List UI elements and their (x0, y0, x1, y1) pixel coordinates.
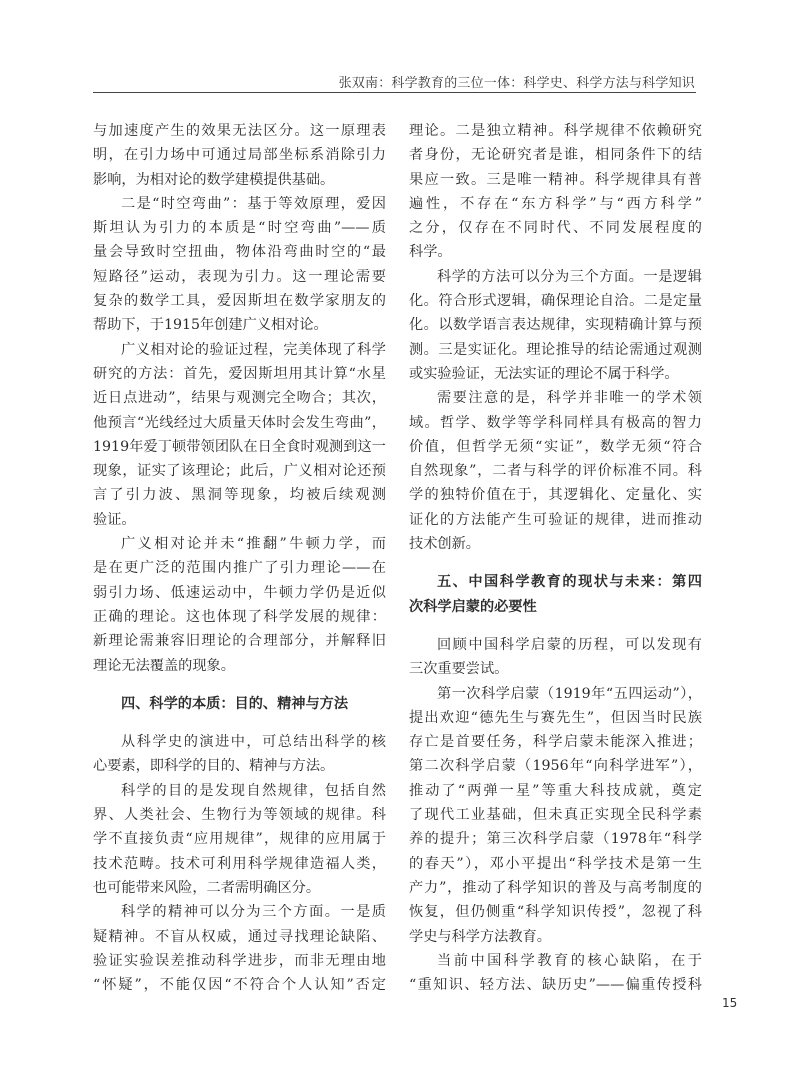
text-line: 养的提升；第三次科学启蒙（1978年“科学 (409, 827, 702, 851)
text-line: 疑精神。不盲从权威，通过寻找理论缺陷、 (93, 925, 386, 949)
text-line: 言了引力波、黑洞等现象，均被后续观测 (93, 483, 386, 507)
text-line: 化。以数学语言表达规律，实现精确计算与预 (409, 313, 702, 337)
text-line: 近日点进动”，结果与观测完全吻合；其次， (93, 386, 386, 410)
right-column: 理论。二是独立精神。科学规律不依赖研究 者身份，无论研究者是谁，相同条件下的结 … (409, 119, 702, 997)
text-line: 了现代工业基础，但未真正实现全民科学素 (409, 803, 702, 827)
text-line: 提出欢迎“德先生与赛先生”，但因当时民族 (409, 706, 702, 730)
left-column: 与加速度产生的效果无法区分。这一原理表 明，在引力场中可通过局部坐标系消除引力 … (93, 119, 386, 997)
text-line: 存亡是首要任务，科学启蒙未能深入推进； (409, 730, 702, 754)
text-line: 第一次科学启蒙（1919年“五四运动”）， (409, 682, 702, 706)
text-line: 影响，为相对论的数学建模提供基础。 (93, 168, 386, 192)
text-line: 学的独特价值在于，其逻辑化、定量化、实 (409, 483, 702, 507)
text-line: 或实验验证，无法实证的理论不属于科学。 (409, 362, 702, 386)
text-line: 之分，仅存在不同时代、不同发展程度的 (409, 216, 702, 240)
text-line: 果应一致。三是唯一精神。科学规律具有普 (409, 168, 702, 192)
text-line: 他预言“光线经过大质量天体时会发生弯曲”， (93, 411, 386, 435)
text-line: 的春天”），邓小平提出“科学技术是第一生 (409, 852, 702, 876)
text-line: 遍性，不存在“东方科学”与“西方科学” (409, 192, 702, 216)
text-line: 恢复，但仍侧重“科学知识传授”，忽视了科 (409, 900, 702, 924)
text-line: 回顾中国科学启蒙的历程，可以发现有 (409, 633, 702, 657)
text-line: 新理论需兼容旧理论的合理部分，并解释旧 (93, 629, 386, 653)
spacer (409, 619, 702, 633)
text-line: “怀疑”，不能仅因“不符合个人认知”否定 (93, 973, 386, 997)
text-line: 复杂的数学工具，爱因斯坦在数学家朋友的 (93, 289, 386, 313)
spacer (93, 716, 386, 730)
text-line: 明，在引力场中可通过局部坐标系消除引力 (93, 143, 386, 167)
text-line: 自然现象”，二者与科学的评价标准不同。科 (409, 459, 702, 483)
text-line: “重知识、轻方法、缺历史”——偏重传授科 (409, 973, 702, 997)
text-line: 量会导致时空扭曲，物体沿弯曲时空的“最 (93, 240, 386, 264)
text-line: 产力”，推动了科学知识的普及与高考制度的 (409, 876, 702, 900)
text-line: 域。哲学、数学等学科同样具有极高的智力 (409, 411, 702, 435)
text-line: 学史与科学方法教育。 (409, 925, 702, 949)
text-line: 需要注意的是，科学并非唯一的学术领 (409, 386, 702, 410)
text-line: 科学的精神可以分为三个方面。一是质 (93, 900, 386, 924)
text-line: 现象，证实了该理论；此后，广义相对论还预 (93, 459, 386, 483)
text-line: 帮助下，于1915年创建广义相对论。 (93, 313, 386, 337)
text-line: 斯坦认为引力的本质是“时空弯曲”——质 (93, 216, 386, 240)
text-line: 学不直接负责“应用规律”，规律的应用属于 (93, 827, 386, 851)
text-line: 理论。二是独立精神。科学规律不依赖研究 (409, 119, 702, 143)
section-heading-continued: 次科学启蒙的必要性 (409, 595, 702, 619)
running-title: 张双南：科学教育的三位一体：科学史、科学方法与科学知识 (339, 72, 695, 91)
header-divider (93, 92, 696, 93)
text-line: 二是“时空弯曲”：基于等效原理，爱因 (93, 192, 386, 216)
text-line: 是在更广泛的范围内推广了引力理论——在 (93, 556, 386, 580)
text-line: 技术范畴。技术可利用科学规律造福人类， (93, 852, 386, 876)
text-line: 者身份，无论研究者是谁，相同条件下的结 (409, 143, 702, 167)
text-line: 研究的方法：首先，爱因斯坦用其计算“水星 (93, 362, 386, 386)
text-line: 科学的方法可以分为三个方面。一是逻辑 (409, 265, 702, 289)
text-line: 界、人类社会、生物行为等领域的规律。科 (93, 803, 386, 827)
text-line: 测。三是实证化。理论推导的结论需通过观测 (409, 338, 702, 362)
text-line: 与加速度产生的效果无法区分。这一原理表 (93, 119, 386, 143)
text-line: 心要素，即科学的目的、精神与方法。 (93, 754, 386, 778)
text-line: 证化的方法能产生可验证的规律，进而推动 (409, 508, 702, 532)
text-line: 验证。 (93, 508, 386, 532)
text-line: 短路径”运动，表现为引力。这一理论需要 (93, 265, 386, 289)
text-line: 广义相对论并未“推翻”牛顿力学，而 (93, 532, 386, 556)
spacer (93, 678, 386, 692)
text-line: 广义相对论的验证过程，完美体现了科学 (93, 338, 386, 362)
text-line: 正确的理论。这也体现了科学发展的规律： (93, 605, 386, 629)
section-heading: 五、中国科学教育的现状与未来：第四 (409, 570, 702, 594)
text-line: 科学。 (409, 240, 702, 264)
section-heading: 四、科学的本质：目的、精神与方法 (93, 692, 386, 716)
text-line: 理论无法覆盖的现象。 (93, 654, 386, 678)
text-line: 化。符合形式逻辑，确保理论自洽。二是定量 (409, 289, 702, 313)
text-line: 技术创新。 (409, 532, 702, 556)
text-line: 从科学史的演进中，可总结出科学的核 (93, 730, 386, 754)
text-line: 第二次科学启蒙（1956年“向科学进军”）， (409, 754, 702, 778)
text-line: 三次重要尝试。 (409, 657, 702, 681)
text-line: 1919年爱丁顿带领团队在日全食时观测到这一 (93, 435, 386, 459)
text-line: 验证实验误差推动科学进步，而非无理由地 (93, 949, 386, 973)
text-line: 推动了“两弹一星”等重大科技成就，奠定 (409, 779, 702, 803)
page-number: 15 (722, 996, 737, 1010)
spacer (409, 556, 702, 570)
text-line: 也可能带来风险，二者需明确区分。 (93, 876, 386, 900)
text-line: 当前中国科学教育的核心缺陷，在于 (409, 949, 702, 973)
text-line: 价值，但哲学无须“实证”，数学无须“符合 (409, 435, 702, 459)
text-line: 弱引力场、低速运动中，牛顿力学仍是近似 (93, 581, 386, 605)
text-line: 科学的目的是发现自然规律，包括自然 (93, 779, 386, 803)
